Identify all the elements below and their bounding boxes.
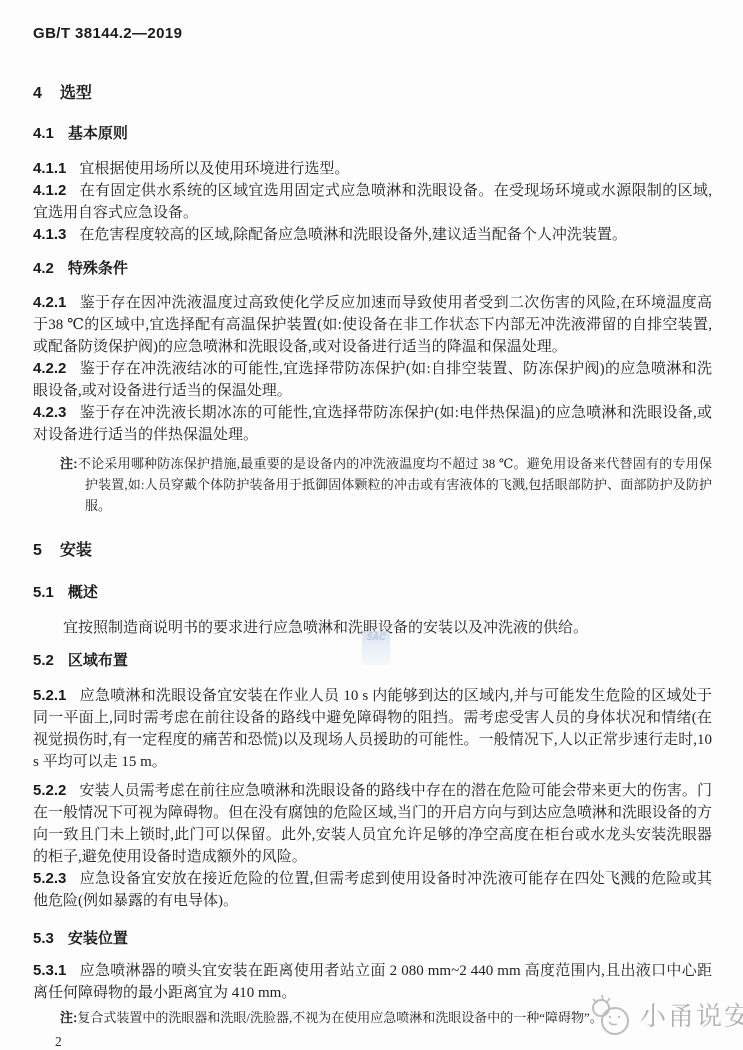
clause-5-2-2: 5.2.2安装人员需考虑在前往应急喷淋和洗眼设备的路线中存在的潜在危险可能会带来… — [33, 780, 712, 868]
note-label: 注: — [60, 456, 78, 471]
clause-5-3-1: 5.3.1应急喷淋器的喷头宜安装在距离使用者站立面 2 080 mm~2 440… — [33, 960, 712, 1004]
section-title: 基本原则 — [68, 125, 128, 142]
section-heading-5-2: 5.2区域布置 — [33, 652, 712, 670]
section-number: 4.1 — [33, 125, 68, 142]
section-title: 安装位置 — [68, 930, 128, 947]
document-page: GB/T 38144.2—2019 4选型 4.1基本原则 4.1.1宜根据使用… — [0, 0, 743, 1050]
section-number: 5 — [33, 542, 60, 559]
clause-4-1-2: 4.1.2在有固定供水系统的区域宜选用固定式应急喷淋和洗眼设备。在受现场环境或水… — [33, 180, 712, 224]
clause-5-2-3: 5.2.3应急设备宜安放在接近危险的位置,但需考虑到使用设备时冲洗液可能存在四处… — [33, 868, 712, 912]
clause-number: 5.2.2 — [33, 782, 79, 799]
clause-number: 4.2.2 — [33, 360, 79, 377]
clause-number: 4.2.3 — [33, 404, 79, 421]
clause-4-2-2: 4.2.2鉴于存在冲洗液结冰的可能性,宜选择带防冻保护(如:自排空装置、防冻保护… — [33, 358, 712, 402]
clause-text: 应急设备宜安放在接近危险的位置,但需考虑到使用设备时冲洗液可能存在四处飞溅的危险… — [33, 871, 712, 909]
clause-text: 在危害程度较高的区域,除配备应急喷淋和洗眼设备外,建议适当配备个人冲洗装置。 — [79, 227, 627, 243]
clause-number: 5.2.1 — [33, 687, 79, 704]
section-title: 选型 — [60, 85, 92, 102]
clause-text: 应急喷淋和洗眼设备宜安装在作业人员 10 s 内能够到达的区域内,并与可能发生危… — [33, 688, 712, 770]
clause-4-2-3: 4.2.3鉴于存在冲洗液长期冰冻的可能性,宜选择带防冻保护(如:电伴热保温)的应… — [33, 402, 712, 446]
note-label: 注: — [60, 1010, 77, 1025]
clause-text: 宜根据使用场所以及使用环境进行选型。 — [79, 161, 349, 177]
clause-number: 4.1.2 — [33, 182, 79, 199]
clause-number: 5.2.3 — [33, 870, 79, 887]
clause-number: 5.3.1 — [33, 962, 79, 979]
document-code: GB/T 38144.2—2019 — [33, 25, 712, 43]
note-text: 不论采用哪种防冻保护措施,最重要的是设备内的冲洗液温度均不超过 38 ℃。避免用… — [78, 456, 712, 513]
section-title: 区域布置 — [68, 652, 128, 669]
clause-text: 在有固定供水系统的区域宜选用固定式应急喷淋和洗眼设备。在受现场环境或水源限制的区… — [33, 183, 712, 221]
clause-text: 鉴于存在冲洗液结冰的可能性,宜选择带防冻保护(如:自排空装置、防冻保护阀)的应急… — [33, 361, 712, 399]
clause-number: 4.1.3 — [33, 226, 79, 243]
section-number: 4.2 — [33, 260, 68, 277]
clause-text: 鉴于存在因冲洗液温度过高致使化学反应加速而导致使用者受到二次伤害的风险,在环境温… — [33, 295, 712, 355]
clause-5-2-1: 5.2.1应急喷淋和洗眼设备宜安装在作业人员 10 s 内能够到达的区域内,并与… — [33, 685, 712, 773]
section-number: 4 — [33, 85, 60, 102]
clause-text: 安装人员需考虑在前往应急喷淋和洗眼设备的路线中存在的潜在危险可能会带来更大的伤害… — [33, 783, 712, 865]
section-number: 5.1 — [33, 584, 68, 601]
clause-4-1-3: 4.1.3在危害程度较高的区域,除配备应急喷淋和洗眼设备外,建议适当配备个人冲洗… — [33, 224, 712, 246]
section-heading-5: 5安装 — [33, 542, 712, 560]
section-title: 安装 — [60, 542, 92, 559]
section-heading-4-1: 4.1基本原则 — [33, 125, 712, 143]
clause-number: 4.1.1 — [33, 160, 79, 177]
section-heading-4-2: 4.2特殊条件 — [33, 260, 712, 278]
note-text: 复合式装置中的洗眼器和洗眼/洗脸器,不视为在使用应急喷淋和洗眼设备中的一种“障碍… — [77, 1010, 602, 1025]
section-heading-5-1: 5.1概述 — [33, 584, 712, 602]
note-5-3: 注:复合式装置中的洗眼器和洗眼/洗脸器,不视为在使用应急喷淋和洗眼设备中的一种“… — [60, 1007, 712, 1028]
clause-text: 应急喷淋器的喷头宜安装在距离使用者站立面 2 080 mm~2 440 mm 高… — [33, 963, 712, 1001]
section-title: 概述 — [68, 584, 98, 601]
section-heading-5-3: 5.3安装位置 — [33, 930, 712, 948]
note-4-2: 注:不论采用哪种防冻保护措施,最重要的是设备内的冲洗液温度均不超过 38 ℃。避… — [60, 453, 712, 516]
clause-4-1-1: 4.1.1宜根据使用场所以及使用环境进行选型。 — [33, 158, 712, 180]
section-number: 5.2 — [33, 652, 68, 669]
clause-number: 4.2.1 — [33, 294, 79, 311]
section-title: 特殊条件 — [68, 260, 128, 277]
section-heading-4: 4选型 — [33, 85, 712, 103]
page-number: 2 — [33, 1033, 712, 1050]
section-number: 5.3 — [33, 930, 68, 947]
clause-4-2-1: 4.2.1鉴于存在因冲洗液温度过高致使化学反应加速而导致使用者受到二次伤害的风险… — [33, 292, 712, 358]
clause-text: 鉴于存在冲洗液长期冰冻的可能性,宜选择带防冻保护(如:电伴热保温)的应急喷淋和洗… — [33, 405, 712, 443]
clause-5-1-text: 宜按照制造商说明书的要求进行应急喷淋和洗眼设备的安装以及冲洗液的供给。 — [33, 617, 712, 639]
